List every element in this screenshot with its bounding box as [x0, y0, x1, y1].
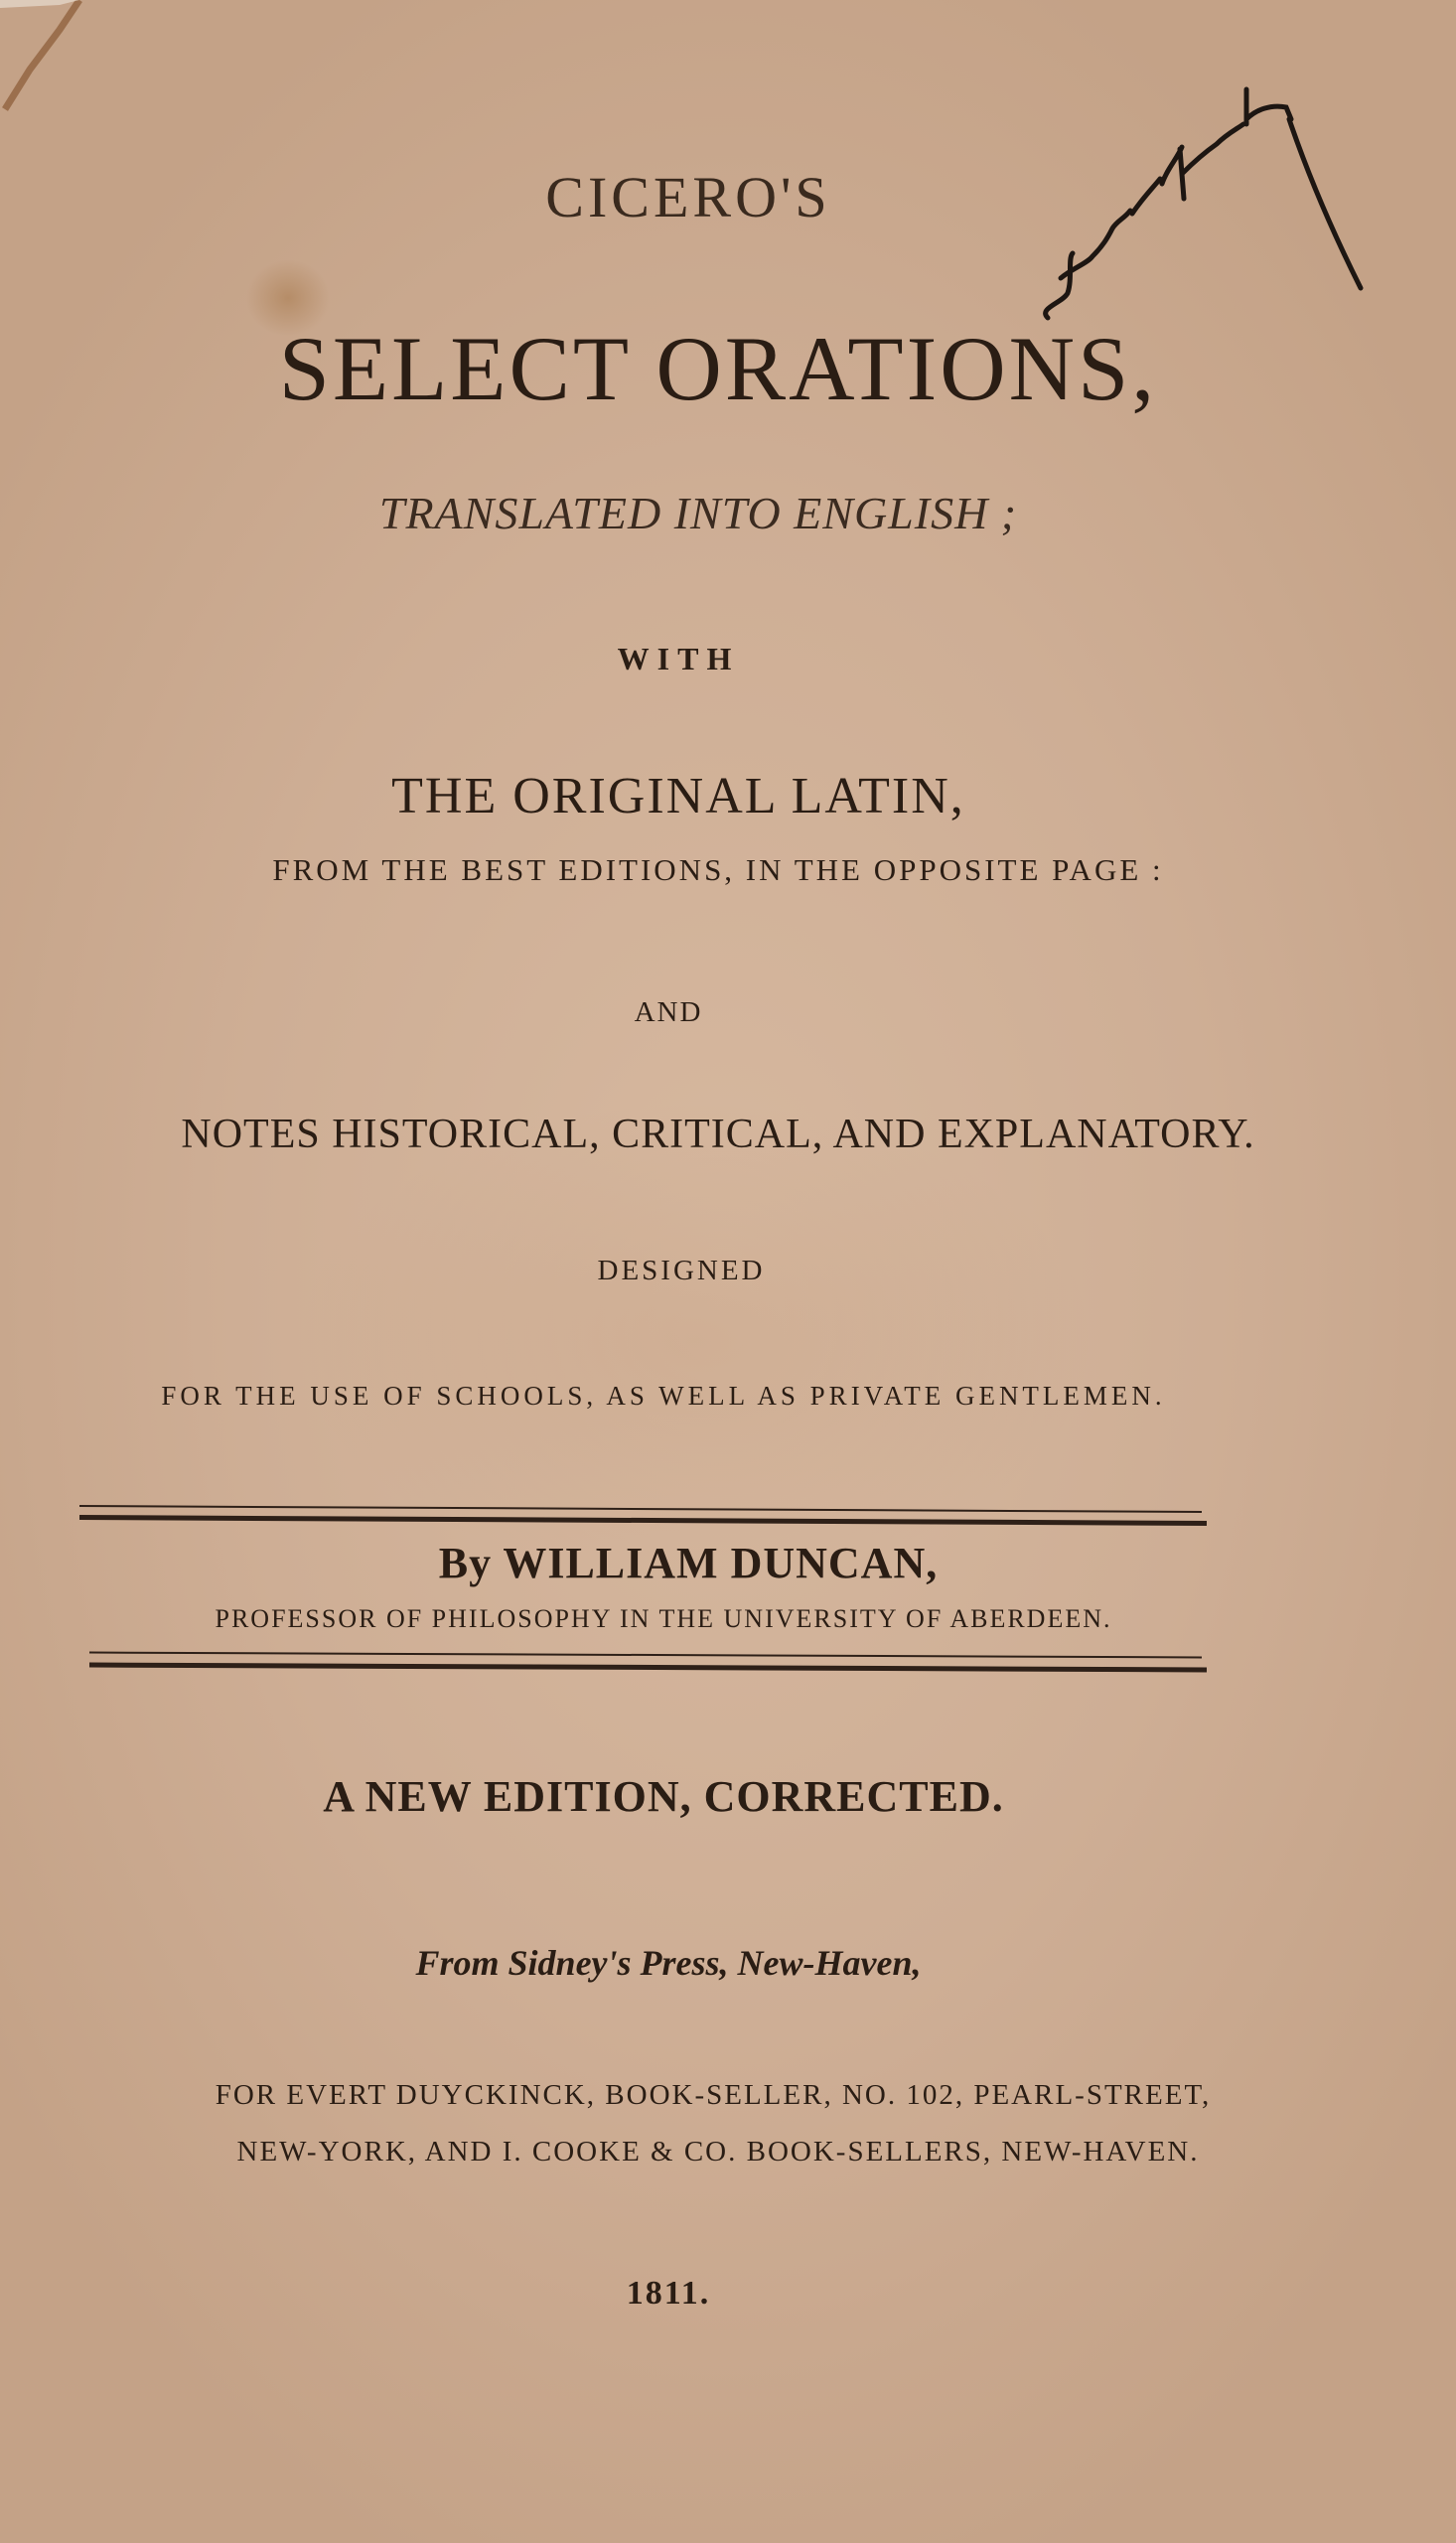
- from-best-editions-line: FROM THE BEST EDITIONS, IN THE OPPOSITE …: [0, 852, 1446, 888]
- rule-top-thick: [79, 1515, 1207, 1526]
- rule-bottom-thin: [89, 1652, 1202, 1659]
- book-title: SELECT ORATIONS,: [0, 316, 1446, 421]
- handwritten-signature: [1033, 79, 1390, 338]
- rule-bottom-thick: [89, 1663, 1207, 1673]
- and-label: AND: [0, 996, 1396, 1029]
- author-byline: By WILLIAM DUNCAN,: [0, 1538, 1416, 1588]
- edition-statement: A NEW EDITION, CORRECTED.: [0, 1771, 1391, 1822]
- designed-label: DESIGNED: [0, 1255, 1409, 1287]
- original-latin-heading: THE ORIGINAL LATIN,: [0, 767, 1406, 825]
- intended-audience-line: FOR THE USE OF SCHOOLS, AS WELL AS PRIVA…: [0, 1381, 1391, 1412]
- with-label: WITH: [0, 641, 1406, 677]
- publication-year: 1811.: [0, 2275, 1396, 2313]
- torn-corner-mark: [0, 0, 99, 119]
- title-page: CICERO'S SELECT ORATIONS, TRANSLATED INT…: [0, 0, 1456, 2543]
- subtitle-translated: TRANSLATED INTO ENGLISH ;: [0, 487, 1426, 539]
- rule-top-thin: [79, 1505, 1202, 1513]
- author-affiliation: PROFESSOR OF PHILOSOPHY IN THE UNIVERSIT…: [0, 1604, 1391, 1634]
- notes-heading: NOTES HISTORICAL, CRITICAL, AND EXPLANAT…: [0, 1111, 1446, 1158]
- press-imprint: From Sidney's Press, New-Haven,: [0, 1942, 1396, 1984]
- publisher-line-1: FOR EVERT DUYCKINCK, BOOK-SELLER, NO. 10…: [0, 2079, 1441, 2112]
- publisher-line-2: NEW-YORK, AND I. COOKE & CO. BOOK-SELLER…: [0, 2136, 1446, 2169]
